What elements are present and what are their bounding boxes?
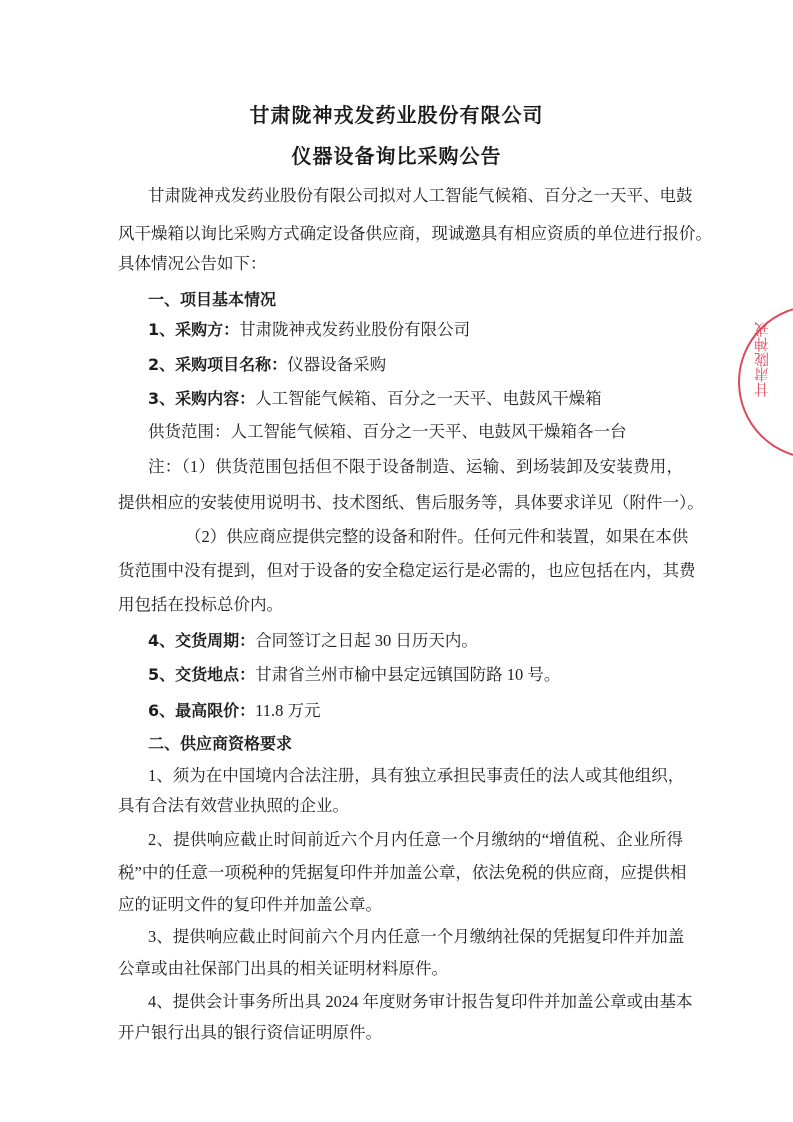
- req-4-line-1: 4、提供会计事务所出具 2024 年度财务审计报告复印件并加盖公章或由基本: [148, 991, 683, 1013]
- req-2-line-1: 2、提供响应截止时间前近六个月内任意一个月缴纳的“增值税、企业所得: [148, 829, 683, 851]
- item-label: 2、采购项目名称：: [148, 355, 287, 374]
- item-project-name: 2、采购项目名称：仪器设备采购: [148, 354, 683, 376]
- item-label: 6、最高限价：: [148, 701, 255, 720]
- item-value: 人工智能气候箱、百分之一天平、电鼓风干燥箱: [255, 389, 602, 408]
- item-label: 5、交货地点：: [148, 665, 255, 684]
- item-purchaser: 1、采购方：甘肃陇神戎发药业股份有限公司: [148, 319, 683, 341]
- item-max-price: 6、最高限价：11.8 万元: [148, 700, 683, 722]
- section-1-heading: 一、项目基本情况: [148, 289, 683, 311]
- item-label: 1、采购方：: [148, 320, 239, 339]
- item-value: 11.8 万元: [255, 701, 320, 720]
- intro-line-2: 风干燥箱以询比采购方式确定设备供应商，现诚邀具有相应资质的单位进行报价。: [118, 223, 683, 245]
- item-delivery-location: 5、交货地点：甘肃省兰州市榆中县定远镇国防路 10 号。: [148, 664, 683, 686]
- req-2-line-2: 税”中的任意一项税种的凭据复印件并加盖公章，依法免税的供应商，应提供相: [118, 862, 683, 884]
- note-1-line-2: 提供相应的安装使用说明书、技术图纸、售后服务等，具体要求详见（附件一）。: [118, 492, 683, 514]
- req-4-line-2: 开户银行出具的银行资信证明原件。: [118, 1022, 683, 1044]
- announcement-title: 仪器设备询比采购公告: [0, 140, 793, 169]
- section-2-heading: 二、供应商资格要求: [148, 733, 683, 755]
- req-1-line-1: 1、须为在中国境内合法注册，具有独立承担民事责任的法人或其他组织，: [148, 765, 683, 787]
- req-3-line-1: 3、提供响应截止时间前六个月内任意一个月缴纳社保的凭据复印件并加盖: [148, 926, 683, 948]
- req-1-line-2: 具有合法有效营业执照的企业。: [118, 795, 683, 817]
- document-page: 甘肃陇神戎发药业股份有限公司 仪器设备询比采购公告 甘肃陇神戎发药业股份有限公司…: [0, 0, 793, 1122]
- item-value: 甘肃陇神戎发药业股份有限公司: [239, 320, 470, 339]
- req-3-line-2: 公章或由社保部门出具的相关证明材料原件。: [118, 958, 683, 980]
- item-content: 3、采购内容：人工智能气候箱、百分之一天平、电鼓风干燥箱: [148, 388, 683, 410]
- intro-line-1: 甘肃陇神戎发药业股份有限公司拟对人工智能气候箱、百分之一天平、电鼓: [148, 185, 683, 207]
- item-delivery-period: 4、交货周期：合同签订之日起 30 日历天内。: [148, 630, 683, 652]
- item-label: 4、交货周期：: [148, 631, 255, 650]
- company-title: 甘肃陇神戎发药业股份有限公司: [0, 99, 793, 128]
- note-2-line-2: 货范围中没有提到，但对于设备的安全稳定运行是必需的，也应包括在内，其费: [118, 560, 683, 582]
- item-value: 合同签订之日起 30 日历天内。: [255, 631, 478, 650]
- req-2-line-3: 应的证明文件的复印件并加盖公章。: [118, 894, 683, 916]
- note-1-line-1: 注：（1）供货范围包括但不限于设备制造、运输、到场装卸及安装费用，: [148, 456, 683, 478]
- note-2-line-1: （2）供应商应提供完整的设备和附件。任何元件和装置，如果在本供: [185, 526, 683, 548]
- supply-scope: 供货范围：人工智能气候箱、百分之一天平、电鼓风干燥箱各一台: [148, 421, 683, 443]
- note-2-line-3: 用包括在投标总价内。: [118, 594, 683, 616]
- intro-line-3: 具体情况公告如下：: [118, 253, 683, 275]
- item-label: 3、采购内容：: [148, 389, 255, 408]
- item-value: 仪器设备采购: [287, 355, 386, 374]
- seal-text: 甘肃陇神戎: [752, 322, 776, 397]
- item-value: 甘肃省兰州市榆中县定远镇国防路 10 号。: [255, 665, 560, 684]
